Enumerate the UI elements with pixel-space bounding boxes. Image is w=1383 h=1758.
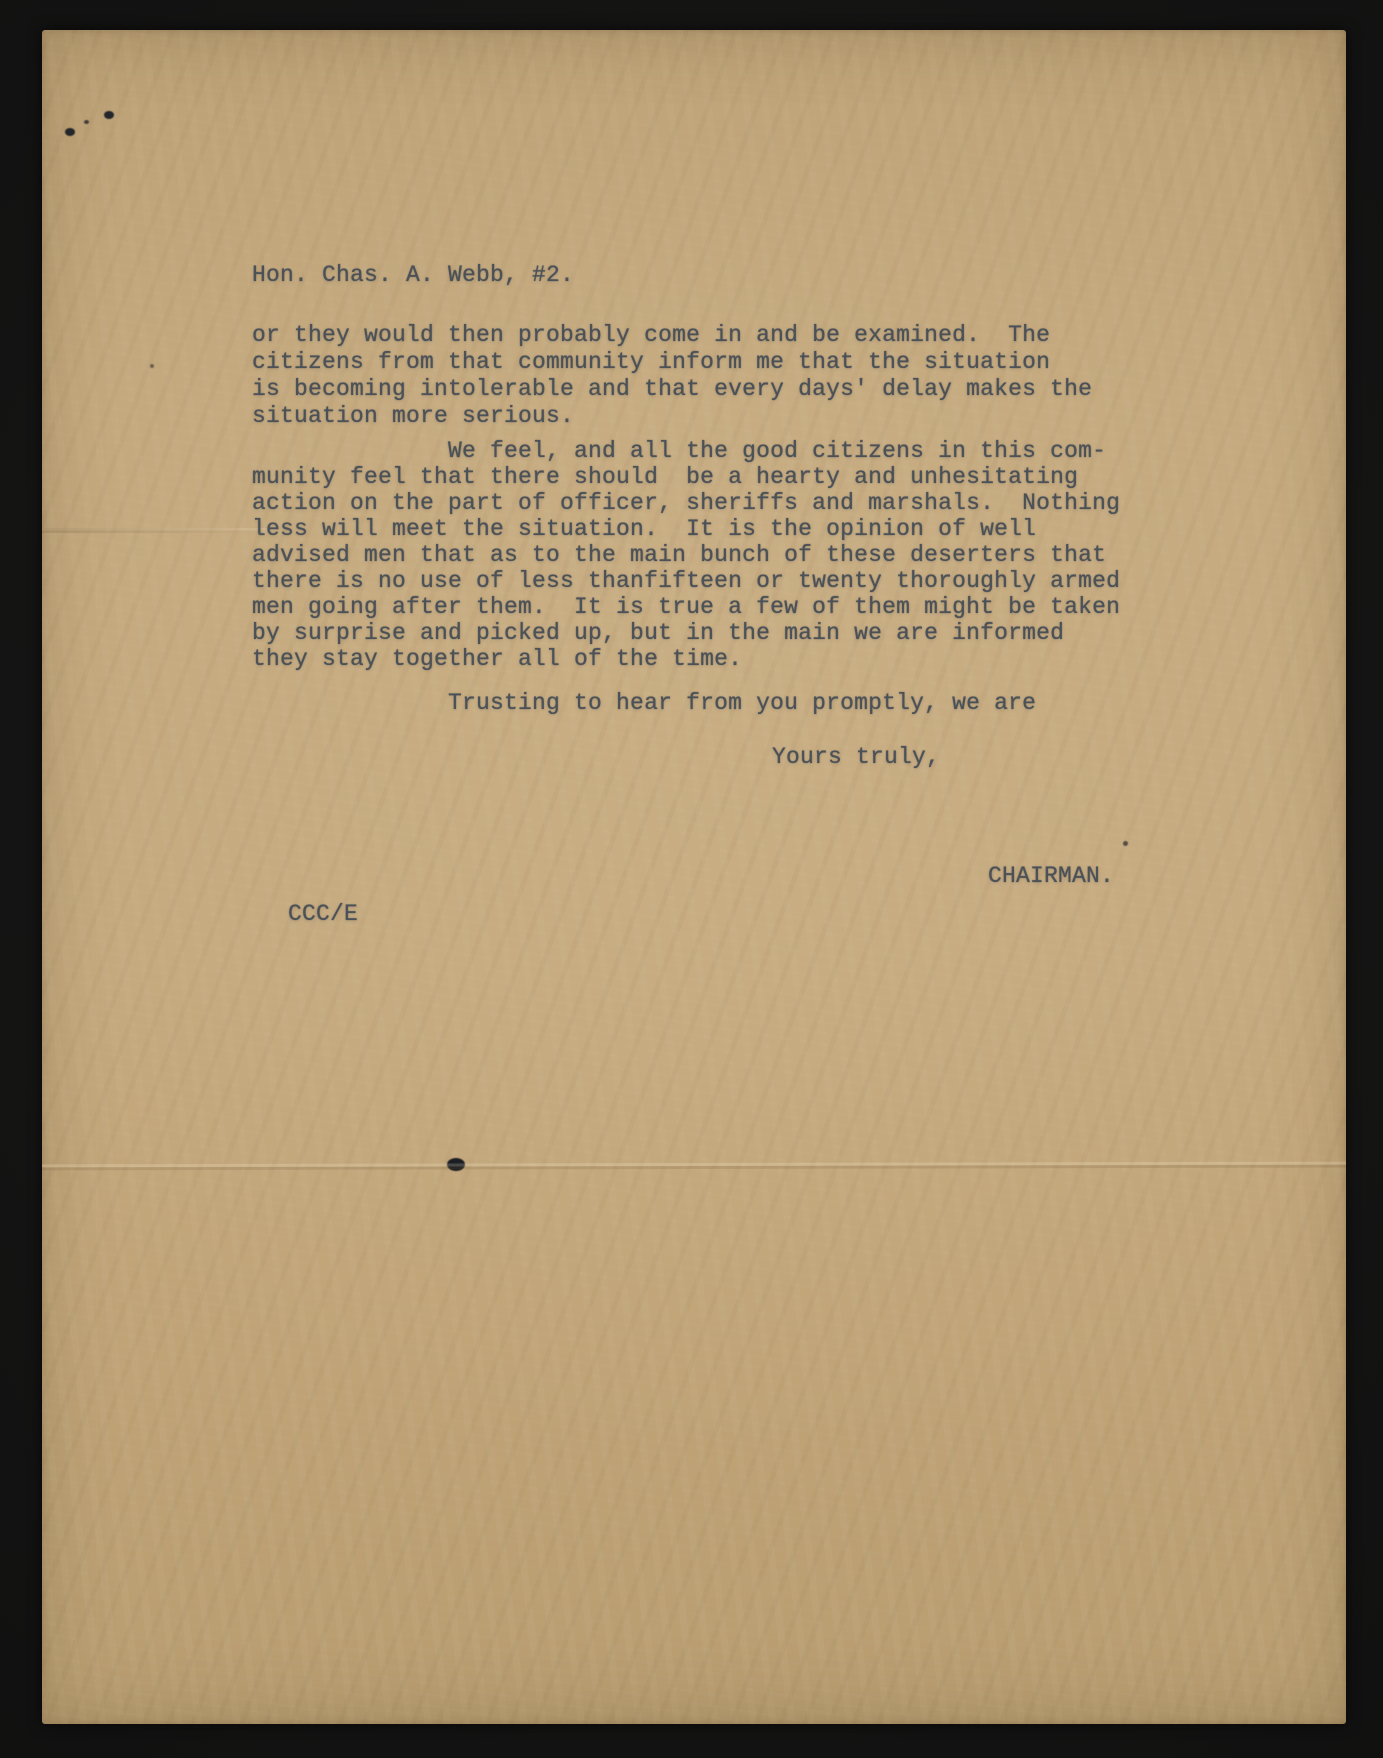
ink-speck bbox=[150, 364, 154, 368]
signature-title: CHAIRMAN. bbox=[988, 863, 1114, 889]
ink-blot bbox=[65, 128, 75, 136]
letter-line: We feel, and all the good citizens in th… bbox=[252, 438, 1120, 464]
letter-line: they stay together all of the time. bbox=[252, 646, 1120, 672]
letter-line: situation more serious. bbox=[252, 403, 1092, 430]
paragraph-1: or they would then probably come in and … bbox=[252, 322, 1092, 430]
letter-line: advised men that as to the main bunch of… bbox=[252, 542, 1120, 568]
letter-line: men going after them. It is true a few o… bbox=[252, 594, 1120, 620]
fold-crease-lower bbox=[42, 1162, 1346, 1171]
paragraph-2: We feel, and all the good citizens in th… bbox=[252, 438, 1120, 672]
fold-crease-upper bbox=[42, 528, 277, 533]
ink-blot bbox=[84, 120, 89, 124]
letter-line: is becoming intolerable and that every d… bbox=[252, 376, 1092, 403]
typist-initials: CCC/E bbox=[288, 901, 358, 927]
ink-blot bbox=[104, 111, 114, 119]
letter-line: there is no use of less thanfifteen or t… bbox=[252, 568, 1120, 594]
letter-line: or they would then probably come in and … bbox=[252, 322, 1092, 349]
letter-line: less will meet the situation. It is the … bbox=[252, 516, 1120, 542]
letter-line: citizens from that community inform me t… bbox=[252, 349, 1092, 376]
valediction-line: Yours truly, bbox=[772, 744, 940, 770]
letter-line: by surprise and picked up, but in the ma… bbox=[252, 620, 1120, 646]
ink-speck bbox=[1123, 841, 1128, 846]
letter-line: munity feel that there should be a heart… bbox=[252, 464, 1120, 490]
closing-request-line: Trusting to hear from you promptly, we a… bbox=[252, 690, 1036, 716]
letter-page: Hon. Chas. A. Webb, #2. or they would th… bbox=[42, 30, 1346, 1724]
salutation-line: Hon. Chas. A. Webb, #2. bbox=[252, 262, 574, 288]
letter-line: action on the part of officer, sheriffs … bbox=[252, 490, 1120, 516]
